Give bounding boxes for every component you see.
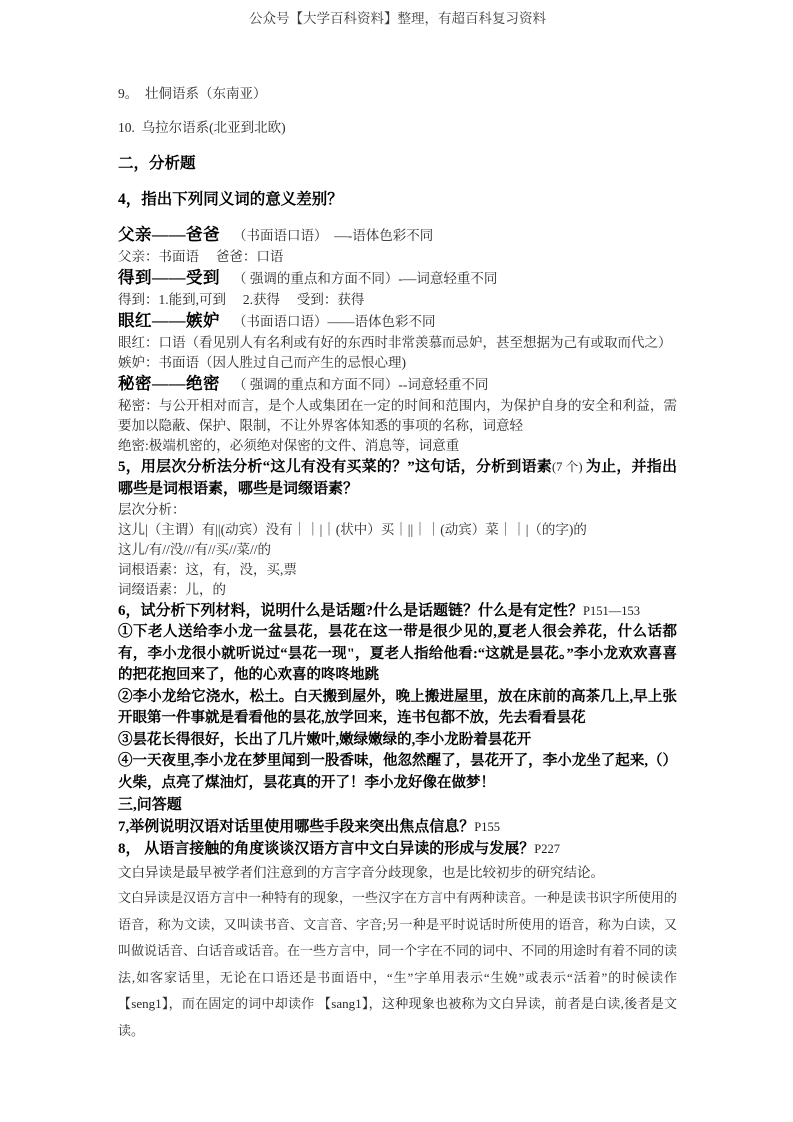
question-text: 5，用层次分析法分析“这儿有没有买菜的？”这句话，分析到语素 [118, 459, 552, 475]
text-run: 4，指出下列同义词的意义差别？ [118, 191, 343, 208]
question-text: ①下老人送给李小龙一盆昙花，昙花在这一带是很少见的,夏老人很会养花，什么话都有，… [118, 624, 677, 683]
section-heading: 二，分析题 [118, 152, 677, 175]
synonym-pair: 父亲——爸爸 [118, 225, 220, 244]
list-item: 10. 乌拉尔语系(北亚到北欧) [118, 118, 677, 138]
question-line: 5，用层次分析法分析“这儿有没有买菜的？”这句话，分析到语素(7 个) 为止，并… [118, 456, 677, 500]
page-reference: P151—153 [583, 604, 640, 618]
text-run: 绝密:极端机密的，必须绝对保密的文件、消息等，词意重 [118, 438, 459, 453]
text-run: 秘密：与公开相对而言，是个人或集团在一定的时间和范围内，为保护自身的安全和利益，… [118, 398, 677, 433]
body-line: 这儿|（主谓）有||(动宾）没有｜｜|｜(状中）买｜||｜｜(动宾）菜｜｜|（的… [118, 520, 677, 540]
question-line: 7,举例说明汉语对话里使用哪些手段来突出焦点信息？P155 [118, 816, 677, 838]
material-paragraph: ②李小龙给它浇水，松土。白天搬到屋外，晚上搬进屋里，放在床前的高茶几上,早上张开… [118, 687, 677, 730]
text-run: 10. 乌拉尔语系(北亚到北欧) [118, 120, 286, 135]
text-run: 词根语素：这，有，没，买,票 [118, 562, 297, 577]
text-run: 得到：1.能到,可到 2.获得 受到：获得 [118, 292, 364, 307]
section-heading: 4，指出下列同义词的意义差别？ [118, 188, 677, 211]
body-line: 秘密：与公开相对而言，是个人或集团在一定的时间和范围内，为保护自身的安全和利益，… [118, 396, 677, 436]
question-text: ②李小龙给它浇水，松土。白天搬到屋外，晚上搬进屋里，放在床前的高茶几上,早上张开… [118, 689, 677, 727]
question-text: ④一天夜里,李小龙在梦里闻到一股香味，他忽然醒了，昙花开了，李小龙坐了起来,（）… [118, 753, 677, 791]
page-reference: P155 [474, 820, 500, 834]
body-line: 词缀语素：儿，的 [118, 580, 677, 600]
text-run: 这儿|（主谓）有||(动宾）没有｜｜|｜(状中）买｜||｜｜(动宾）菜｜｜|（的… [118, 522, 587, 537]
list-item: 9。 壮侗语系（东南亚） [118, 84, 677, 104]
text-run: 9。 壮侗语系（东南亚） [118, 86, 267, 101]
page-reference: P227 [534, 842, 560, 856]
pair-annotation: （书面语口语）——语体色彩不同 [233, 314, 436, 329]
material-paragraph: ①下老人送给李小龙一盆昙花，昙花在这一带是很少见的,夏老人很会养花，什么话都有，… [118, 622, 677, 687]
text-run: 二，分析题 [118, 155, 196, 172]
synonym-pair-line: 父亲——爸爸（书面语口语） —-语体色彩不同 [118, 224, 677, 246]
text-run: 层次分析： [118, 502, 186, 517]
body-line: 嫉妒：书面语（因人胜过自己而产生的忌恨心理) [118, 353, 677, 373]
question-line: 三,问答题 [118, 794, 677, 816]
text-run: 这儿/有//没///有//买//菜//的 [118, 542, 271, 557]
body-paragraph: 文白异读是汉语方言中一种特有的现象，一些汉字在方言中有两种读音。一种是读书识字所… [118, 885, 677, 1044]
synonym-pair: 得到——受到 [118, 268, 220, 287]
question-text: ③昙花长得很好，长出了几片嫩叶,嫩绿嫩绿的,李小龙盼着昙花开 [118, 732, 531, 748]
text-run: 父亲：书面语 爸爸：口语 [118, 249, 283, 264]
synonym-pair-line: 秘密——绝密（ 强调的重点和方面不同）--词意轻重不同 [118, 373, 677, 395]
document-page: 公众号【大学百科资料】整理，有超百科复习资料 9。 壮侗语系（东南亚）10. 乌… [0, 0, 793, 1122]
body-line: 眼红：口语（看见别人有名利或有好的东西时非常羡慕而忌妒，甚至想据为己有或取而代之… [118, 333, 677, 353]
material-paragraph: ④一天夜里,李小龙在梦里闻到一股香味，他忽然醒了，昙花开了，李小龙坐了起来,（）… [118, 751, 677, 794]
body-line: 层次分析： [118, 500, 677, 520]
text-run: 文白异读是最早被学者们注意到的方言字音分歧现象，也是比较初步的研究结论。 [118, 865, 604, 880]
document-body: 9。 壮侗语系（东南亚）10. 乌拉尔语系(北亚到北欧)二，分析题4，指出下列同… [118, 84, 677, 1044]
synonym-pair: 眼红——嫉妒 [118, 311, 220, 330]
question-line: 8， 从语言接触的角度谈谈汉语方言中文白异读的形成与发展？P227 [118, 838, 677, 860]
inline-note: (7 个) [552, 460, 586, 474]
synonym-pair-line: 眼红——嫉妒（书面语口语）——语体色彩不同 [118, 310, 677, 332]
body-line: 父亲：书面语 爸爸：口语 [118, 247, 677, 267]
body-line: 词根语素：这，有，没，买,票 [118, 560, 677, 580]
question-text: 8， 从语言接触的角度谈谈汉语方言中文白异读的形成与发展？ [118, 841, 534, 857]
question-text: 7,举例说明汉语对话里使用哪些手段来突出焦点信息？ [118, 819, 474, 835]
text-run: 嫉妒：书面语（因人胜过自己而产生的忌恨心理) [118, 355, 406, 370]
text-run: 词缀语素：儿，的 [118, 582, 226, 597]
body-line: 文白异读是最早被学者们注意到的方言字音分歧现象，也是比较初步的研究结论。 [118, 860, 677, 885]
question-text: 6，试分析下列材料，说明什么是话题?什么是话题链？什么是有定性？ [118, 603, 583, 619]
pair-annotation: （书面语口语） —-语体色彩不同 [233, 228, 433, 243]
text-run: 文白异读是汉语方言中一种特有的现象，一些汉字在方言中有两种读音。一种是读书识字所… [118, 890, 680, 1038]
body-line: 绝密:极端机密的，必须绝对保密的文件、消息等，词意重 [118, 436, 677, 456]
text-run: 眼红：口语（看见别人有名利或有好的东西时非常羡慕而忌妒，甚至想据为己有或取而代之… [118, 335, 672, 350]
question-line: 6，试分析下列材料，说明什么是话题?什么是话题链？什么是有定性？P151—153 [118, 600, 677, 622]
pair-annotation: （ 强调的重点和方面不同）--词意轻重不同 [233, 377, 488, 392]
body-line: 得到：1.能到,可到 2.获得 受到：获得 [118, 290, 677, 310]
body-line: 这儿/有//没///有//买//菜//的 [118, 540, 677, 560]
synonym-pair-line: 得到——受到（ 强调的重点和方面不同）-—词意轻重不同 [118, 267, 677, 289]
material-paragraph: ③昙花长得很好，长出了几片嫩叶,嫩绿嫩绿的,李小龙盼着昙花开 [118, 730, 677, 752]
document-header: 公众号【大学百科资料】整理，有超百科复习资料 [118, 9, 677, 28]
pair-annotation: （ 强调的重点和方面不同）-—词意轻重不同 [233, 271, 497, 286]
question-text: 三,问答题 [118, 797, 182, 813]
synonym-pair: 秘密——绝密 [118, 374, 220, 393]
